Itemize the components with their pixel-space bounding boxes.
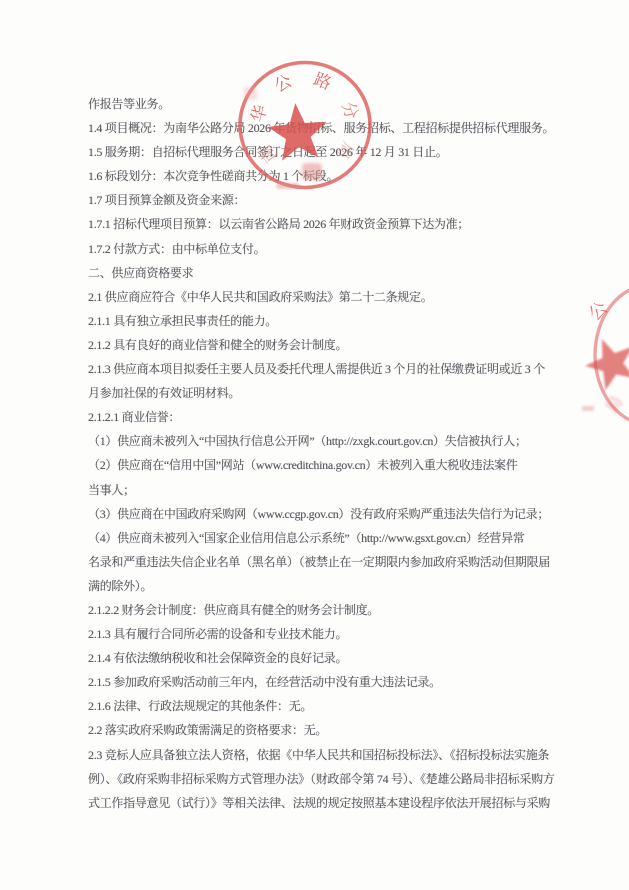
document-line: 2.1 供应商应符合《中华人民共和国政府采购法》第二十二条规定。: [88, 285, 588, 309]
document-line: （2）供应商在“信用中国”网站（www.creditchina.gov.cn）未…: [88, 453, 588, 477]
document-line: 2.1.4 有依法缴纳税收和社会保障资金的良好记录。: [88, 646, 588, 670]
document-line: 2.1.2 具有良好的商业信誉和健全的财务会计制度。: [88, 333, 588, 357]
document-line: 2.3 竞标人应具备独立法人资格，依据《中华人民共和国招标投标法》、《招标投标法…: [88, 743, 588, 767]
document-line: 满的除外）。: [88, 574, 588, 598]
document-line: 1.7 项目预算金额及资金来源：: [88, 188, 588, 212]
document-line: 式工作指导意见（试行）》等相关法律、法规的规定按照基本建设程序依法开展招标与采购: [88, 791, 588, 815]
document-page: 作报告等业务。 1.4 项目概况：为南华公路分局 2026 年货物招标、服务招标…: [0, 0, 629, 890]
document-line: 1.7.2 付款方式：由中标单位支付。: [88, 237, 588, 261]
seal-ring: [595, 285, 629, 425]
document-line: 2.1.3 具有履行合同所必需的设备和专业技术能力。: [88, 622, 588, 646]
seal-ring-char: 路: [311, 69, 334, 93]
document-text-block: 作报告等业务。 1.4 项目概况：为南华公路分局 2026 年货物招标、服务招标…: [88, 92, 588, 815]
document-line: 名录和严重违法失信企业名单（黑名单）（被禁止在一定期限内参加政府采购活动但期限届: [88, 550, 588, 574]
document-line: 作报告等业务。: [88, 92, 588, 116]
document-line: 1.7.1 招标代理项目预算：以云南省公路局 2026 年财政资金预算下达为准；: [88, 212, 588, 236]
document-line: （4）供应商未被列入“国家企业信用信息公示系统”（http://www.gsxt…: [88, 526, 588, 550]
document-line: 2.1.3 供应商本项目拟委任主要人员及委托代理人需提供近 3 个月的社保缴费证…: [88, 357, 588, 381]
document-line: 月参加社保的有效证明材料。: [88, 381, 588, 405]
document-line: 2.1.6 法律、行政法规规定的其他条件：无。: [88, 694, 588, 718]
document-line: 例）、《政府采购非招标采购方式管理办法》（财政部令第 74 号）、《楚雄公路局非…: [88, 767, 588, 791]
seal-ring-char: 局: [603, 393, 627, 416]
document-line: 当事人；: [88, 478, 588, 502]
document-line: （3）供应商在中国政府采购网（www.ccgp.gov.cn）没有政府采购严重违…: [88, 502, 588, 526]
document-line: 2.1.2.1 商业信誉：: [88, 405, 588, 429]
document-line: 2.1.2.2 财务会计制度：供应商具有健全的财务会计制度。: [88, 598, 588, 622]
document-line: 2.1.5 参加政府采购活动前三年内，在经营活动中没有重大违法记录。: [88, 670, 588, 694]
document-line: （1）供应商未被列入“中国执行信息公开网”（http://zxgk.court.…: [88, 429, 588, 453]
document-line: 二、供应商资格要求: [88, 261, 588, 285]
seal-ring-char: 公: [585, 298, 612, 325]
document-line: 1.6 标段划分：本次竞争性磋商共分为 1 个标段。: [88, 164, 588, 188]
document-line: 2.1.1 具有独立承担民事责任的能力。: [88, 309, 588, 333]
document-line: 1.4 项目概况：为南华公路分局 2026 年货物招标、服务招标、工程招标提供招…: [88, 116, 588, 140]
document-line: 1.5 服务期：自招标代理服务合同签订之日起至 2026 年 12 月 31 日…: [88, 140, 588, 164]
document-line: 2.2 落实政府采购政策需满足的资格要求：无。: [88, 718, 588, 742]
